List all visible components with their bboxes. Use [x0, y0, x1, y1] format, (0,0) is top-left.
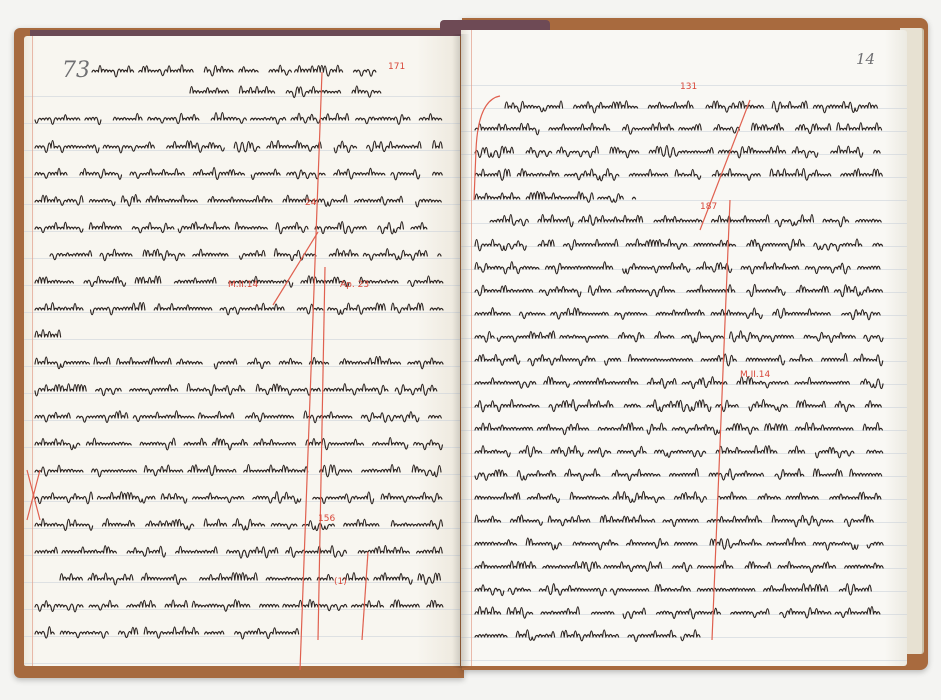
red-annotation: (1)	[334, 577, 347, 587]
red-annotation: 131	[680, 82, 697, 92]
red-annotation: 171	[388, 62, 405, 72]
red-annotation: 156	[318, 514, 335, 524]
notebook-photo: 73 14 17124M.II.14Ap. 23156(1)131187M.II…	[0, 0, 941, 700]
red-annotation: 187	[700, 202, 717, 212]
red-annotation: M.II.14	[740, 370, 770, 380]
red-annotation: M.II.14	[228, 280, 258, 290]
red-annotation: 24	[305, 198, 316, 208]
red-editorial-strokes	[0, 0, 941, 700]
red-annotation: Ap. 23	[340, 280, 369, 290]
